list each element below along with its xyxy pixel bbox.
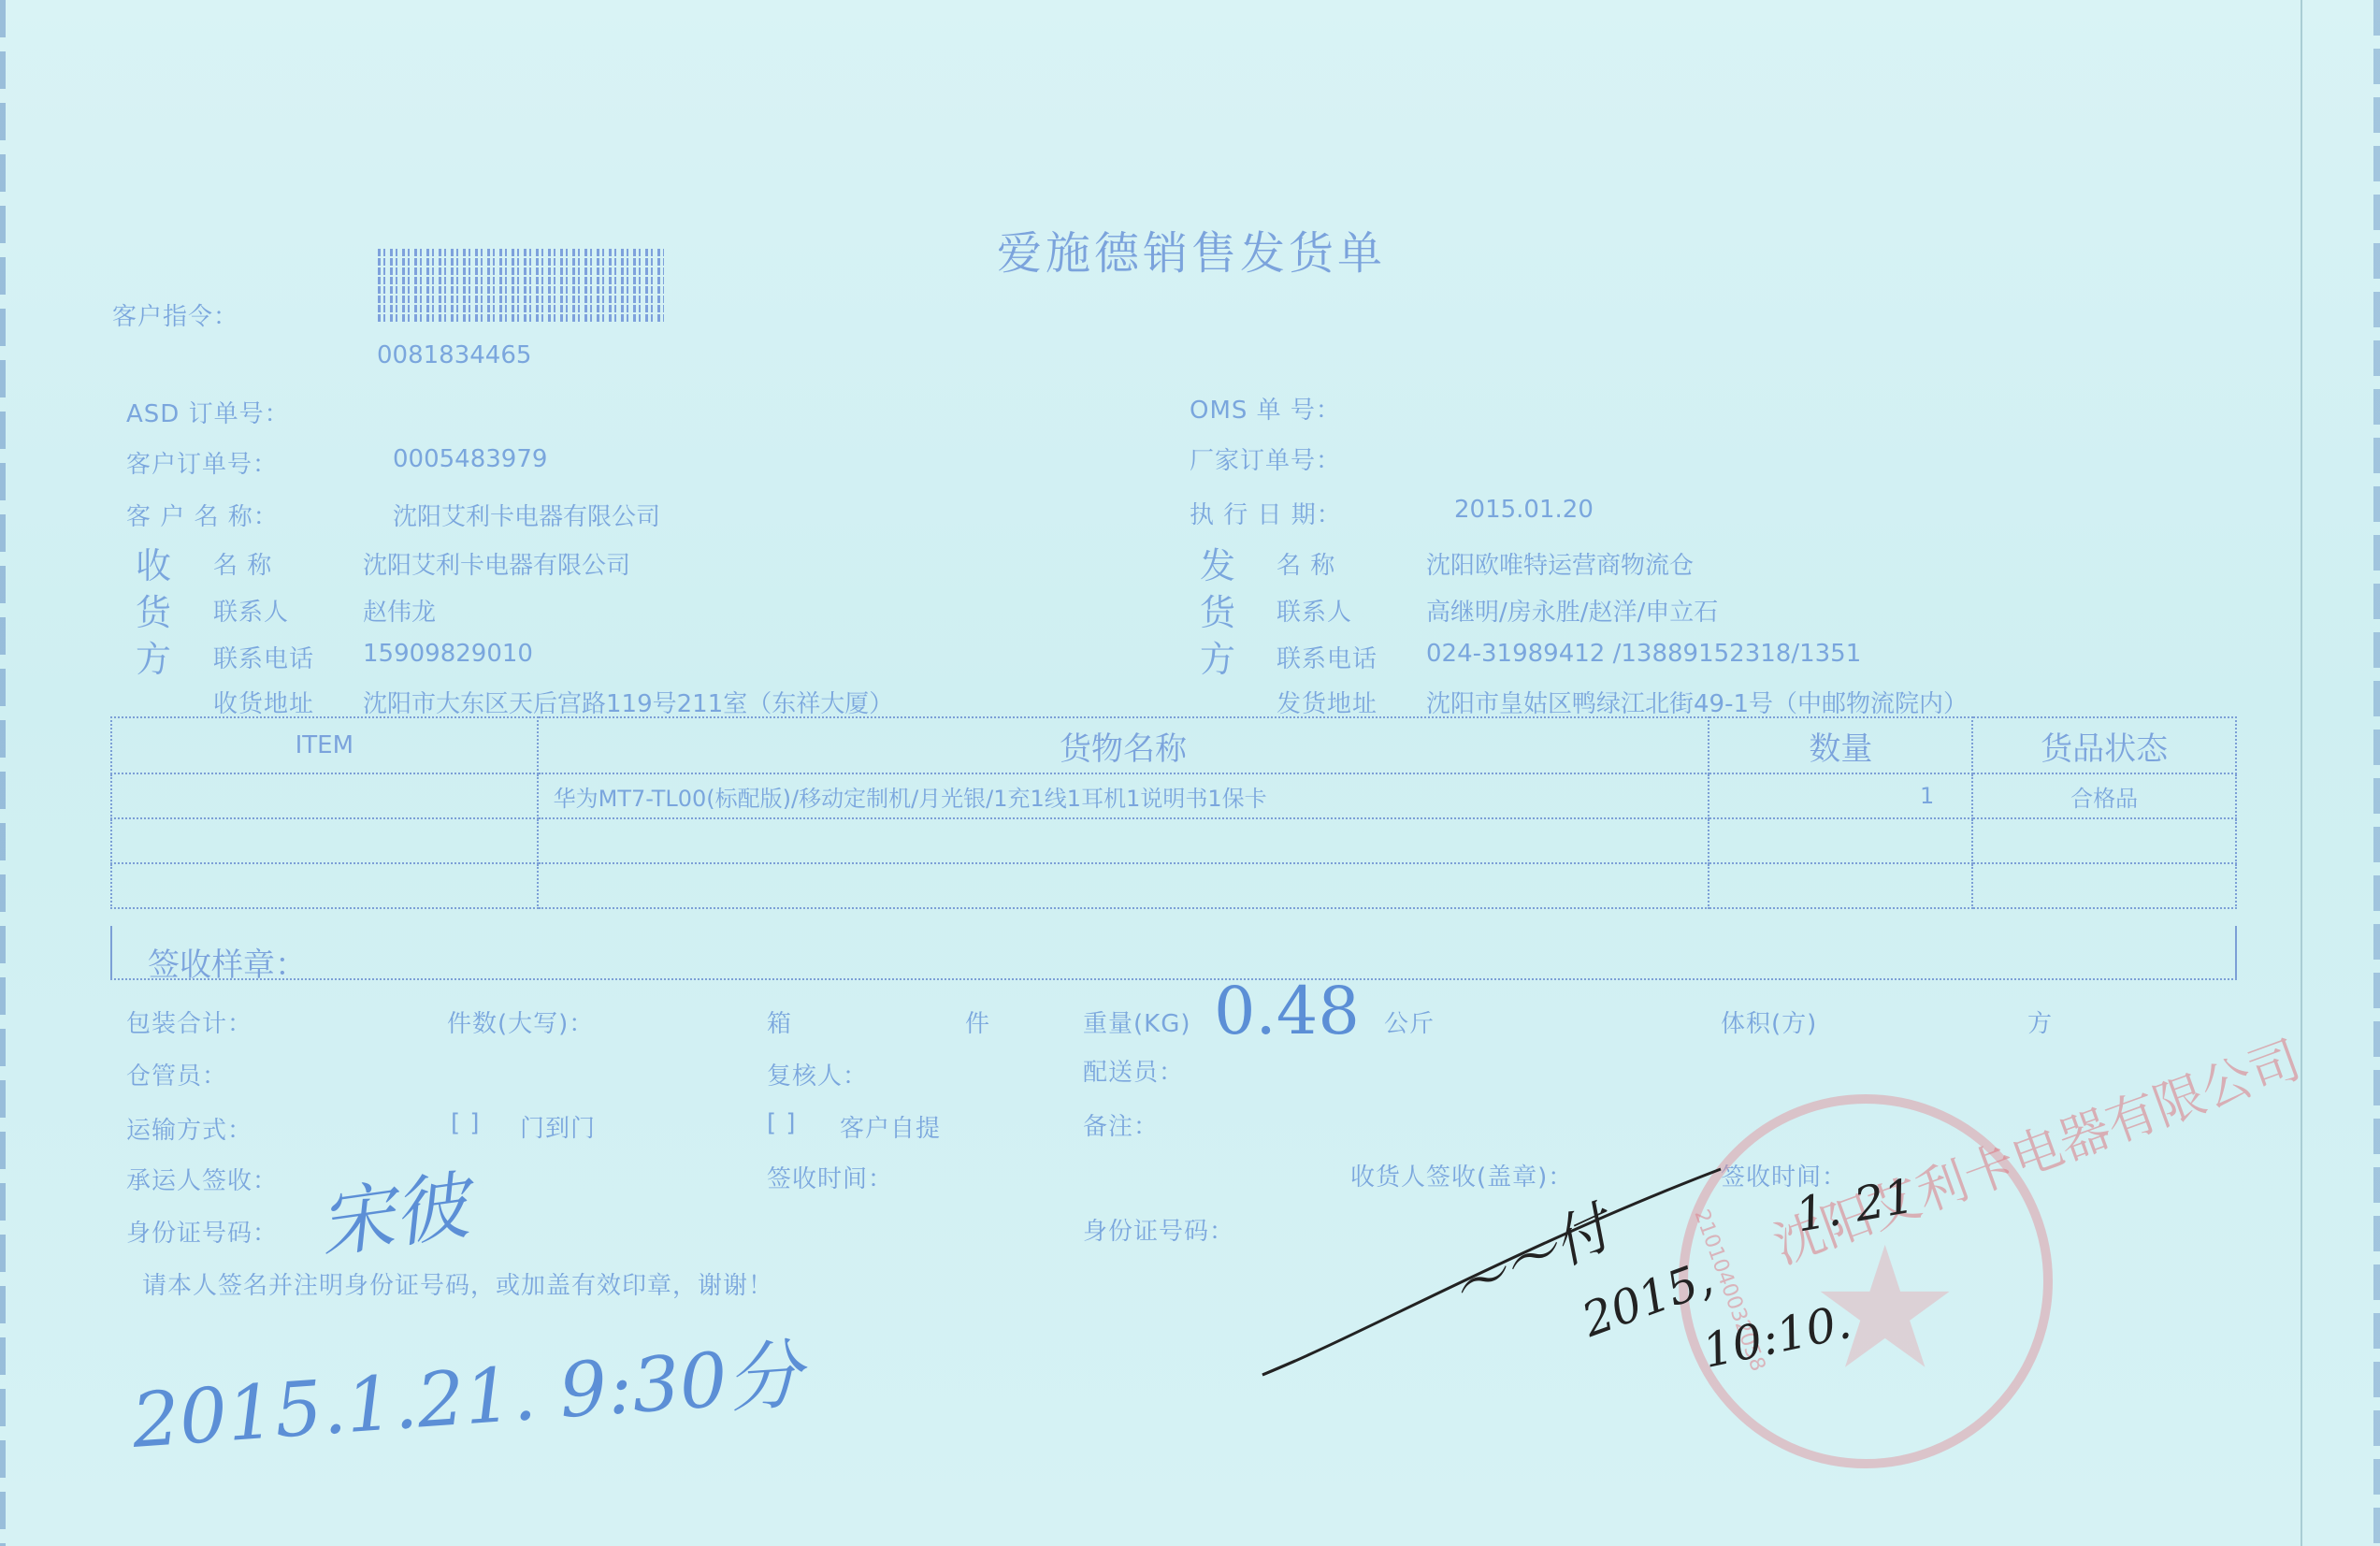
delivery-person-label: 配送员： <box>1083 1053 1184 1088</box>
remarks-label: 备注： <box>1083 1107 1159 1142</box>
reviewer-label: 复核人： <box>767 1057 868 1091</box>
signature-notice: 请本人签名并注明身份证号码，或加盖有效印章，谢谢！ <box>142 1266 773 1301</box>
sender-contact-value: 高继明/房永胜/赵洋/申立石 <box>1426 593 1718 628</box>
table-header-row: ITEM 货物名称 数量 货品状态 <box>111 717 2236 773</box>
receiver-contact-value: 赵伟龙 <box>363 593 436 628</box>
table-row: 华为MT7-TL00(标配版)/移动定制机/月光银/1充1线1耳机1说明书1保卡… <box>111 773 2236 818</box>
cell-quantity: 1 <box>1709 773 1972 818</box>
asd-order-label: ASD 订单号： <box>126 395 290 429</box>
weight-handwritten-value: 0.48 <box>1214 973 1360 1049</box>
customer-order-label: 客户订单号： <box>126 445 278 480</box>
receiver-address-label: 收货地址 <box>213 685 314 719</box>
piece-label: 件 <box>965 1004 990 1039</box>
oms-label: OMS 单 号： <box>1190 391 1341 426</box>
sign-time-label: 签收时间： <box>767 1160 893 1194</box>
carrier-signature: 宋彼 <box>311 1145 474 1272</box>
receiver-phone-value: 15909829010 <box>363 640 533 668</box>
customer-name-value: 沈阳艾利卡电器有限公司 <box>393 498 660 532</box>
box-label: 箱 <box>767 1004 792 1039</box>
receiver-address-value: 沈阳市大东区天后宫路119号211室（东祥大厦） <box>363 685 893 719</box>
cell-goods-name: 华为MT7-TL00(标配版)/移动定制机/月光银/1充1线1耳机1说明书1保卡 <box>538 773 1709 818</box>
cell-item <box>111 818 538 863</box>
weight-label: 重量(KG) <box>1083 1004 1191 1039</box>
sender-side-char-2: 货 <box>1200 584 1235 635</box>
customer-instruction-label: 客户指令： <box>112 297 238 332</box>
receiver-contact-label: 联系人 <box>213 593 289 628</box>
sender-phone-value: 024-31989412 /13889152318/1351 <box>1426 640 1861 668</box>
table-row <box>111 818 2236 863</box>
exec-date-value: 2015.01.20 <box>1454 496 1594 524</box>
weight-unit: 公斤 <box>1384 1004 1435 1039</box>
sender-phone-label: 联系电话 <box>1277 640 1378 674</box>
sender-address-label: 发货地址 <box>1277 685 1378 719</box>
carrier-sign-label: 承运人签收： <box>126 1162 278 1196</box>
sender-side-char-3: 方 <box>1200 630 1235 682</box>
vendor-order-label: 厂家订单号： <box>1190 441 1341 476</box>
receiver-phone-label: 联系电话 <box>213 640 314 674</box>
sender-name-label: 名 称 <box>1277 546 1335 581</box>
receiver-side-char-1: 收 <box>136 537 171 588</box>
cell-item <box>111 863 538 908</box>
left-perforation <box>0 0 6 1546</box>
transport-label: 运输方式： <box>126 1111 252 1146</box>
document-title: 爱施德销售发货单 <box>997 217 1386 282</box>
header-goods-status: 货品状态 <box>1972 717 2236 773</box>
cell-goods-name <box>538 818 1709 863</box>
door-to-door-checkbox[interactable]: [ ] <box>451 1109 481 1137</box>
header-quantity: 数量 <box>1709 717 1972 773</box>
exec-date-label: 执 行 日 期： <box>1190 496 1342 530</box>
self-pickup-label: 客户自提 <box>840 1109 941 1144</box>
cell-goods-status <box>1972 863 2236 908</box>
customer-order-value: 0005483979 <box>393 445 547 473</box>
id-number-label: 身份证号码： <box>126 1214 278 1249</box>
barcode <box>378 249 664 322</box>
sender-side-char-1: 发 <box>1200 537 1235 588</box>
cell-goods-status <box>1972 818 2236 863</box>
cell-quantity <box>1709 863 1972 908</box>
barcode-number: 0081834465 <box>377 341 531 369</box>
receiver-name-value: 沈阳艾利卡电器有限公司 <box>363 546 630 581</box>
cell-item <box>111 773 538 818</box>
table-row <box>111 863 2236 908</box>
cell-goods-name <box>538 863 1709 908</box>
cell-quantity <box>1709 818 1972 863</box>
header-item: ITEM <box>111 717 538 773</box>
cell-goods-status: 合格品 <box>1972 773 2236 818</box>
receiver-name-label: 名 称 <box>213 546 272 581</box>
consignee-id-number-label: 身份证号码： <box>1083 1212 1234 1247</box>
right-fold-line <box>2301 0 2302 1546</box>
sender-name-value: 沈阳欧唯特运营商物流仓 <box>1426 546 1694 581</box>
package-total-label: 包装合计： <box>126 1004 252 1039</box>
warehouse-keeper-label: 仓管员： <box>126 1057 227 1091</box>
volume-label: 体积(方) <box>1721 1004 1817 1039</box>
sign-sample-label: 签收样章： <box>148 939 307 985</box>
items-table: ITEM 货物名称 数量 货品状态 华为MT7-TL00(标配版)/移动定制机/… <box>110 716 2237 909</box>
self-pickup-checkbox[interactable]: [ ] <box>767 1109 797 1137</box>
sender-contact-label: 联系人 <box>1277 593 1352 628</box>
pieces-label: 件数(大写)： <box>447 1004 594 1039</box>
customer-name-label: 客 户 名 称： <box>126 498 279 532</box>
right-perforation <box>2373 0 2380 1546</box>
sender-address-value: 沈阳市皇姑区鸭绿江北街49-1号（中邮物流院内） <box>1426 685 1968 719</box>
door-to-door-label: 门到门 <box>520 1109 596 1144</box>
sign-sample-row <box>110 926 2237 980</box>
volume-unit: 方 <box>2027 1004 2053 1039</box>
receiver-side-char-2: 货 <box>136 584 171 635</box>
receiver-side-char-3: 方 <box>136 630 171 682</box>
header-goods-name: 货物名称 <box>538 717 1709 773</box>
